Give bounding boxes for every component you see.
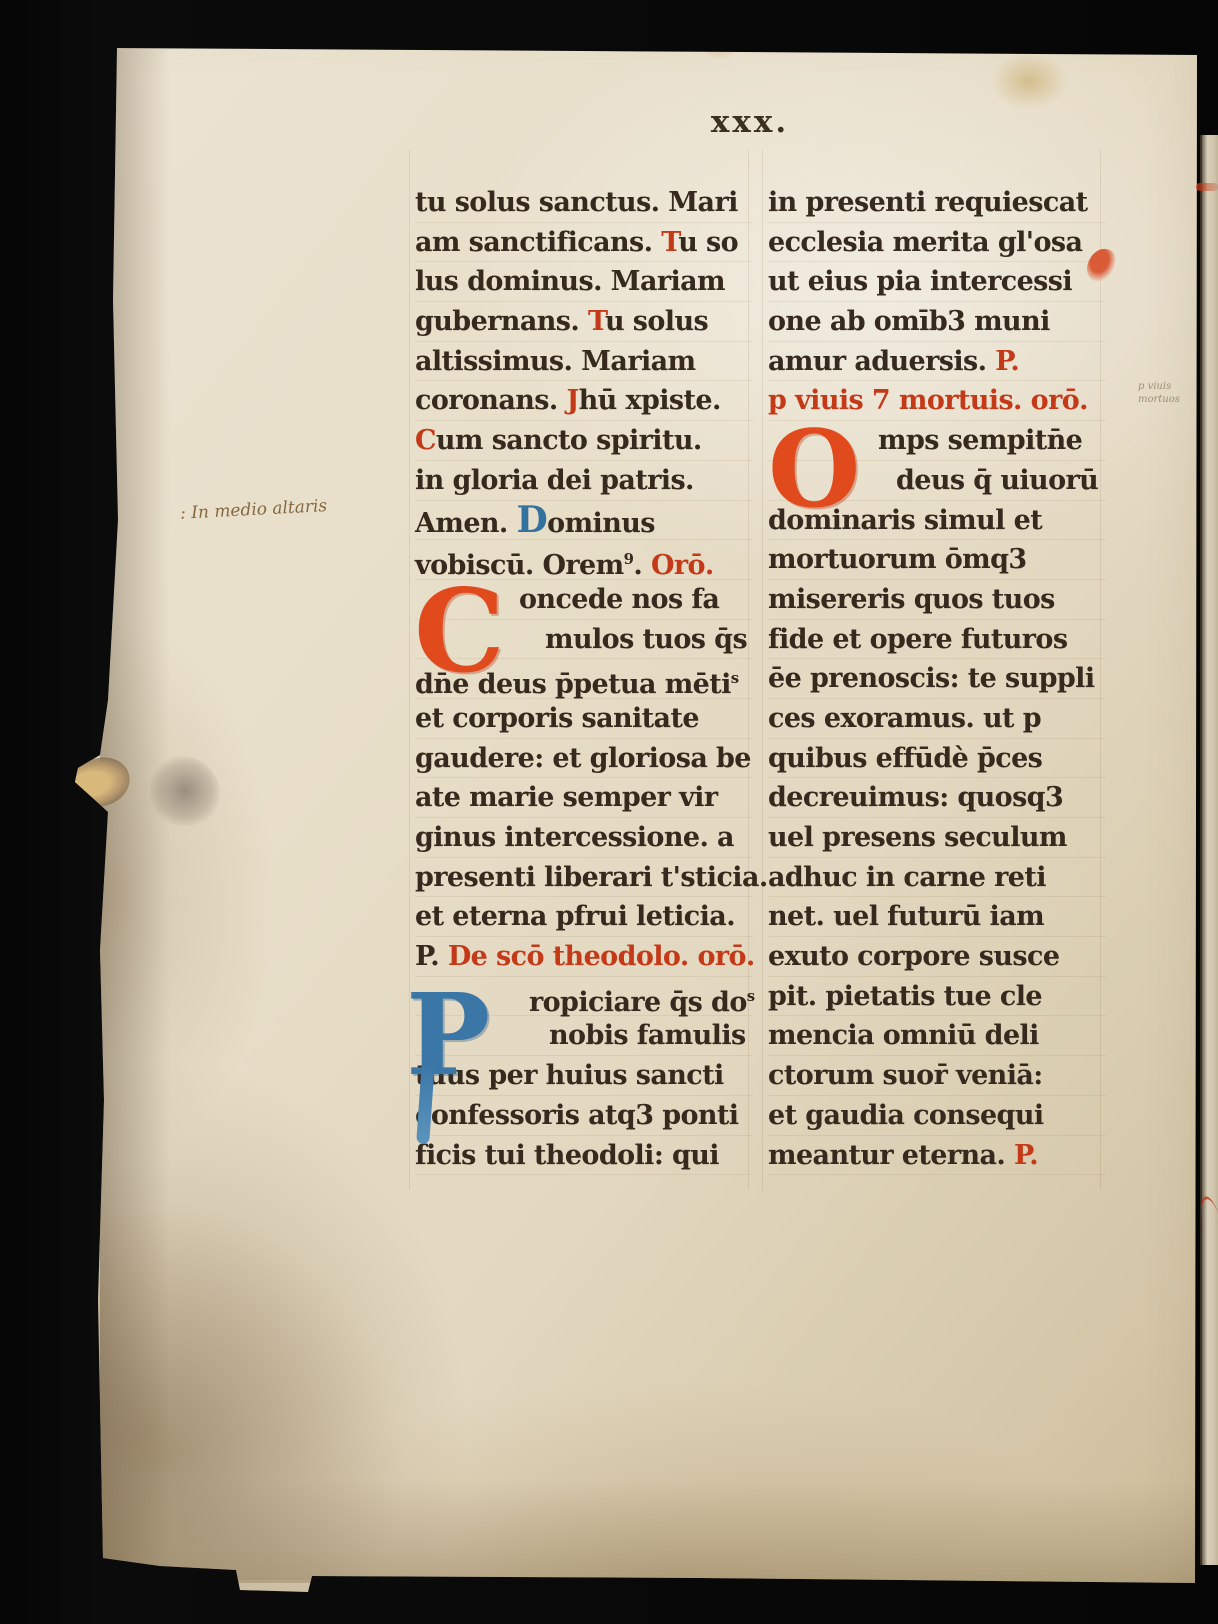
text-line: adhuc in carne reti xyxy=(768,858,1106,898)
text-line: ficis tui theodoli: qui xyxy=(415,1136,753,1176)
stain-yellow xyxy=(990,52,1068,110)
text-segment: decreuimus: quosq3 xyxy=(768,782,1063,813)
text-segment: T xyxy=(588,306,605,337)
text-line: misereris quos tuos xyxy=(768,580,1106,620)
text-segment: altissimus. Mariam xyxy=(415,346,695,377)
text-segment: s xyxy=(731,669,739,687)
text-line: Cum sancto spiritu. xyxy=(415,421,753,461)
text-line: ces exoramus. ut p xyxy=(768,699,1106,739)
text-segment: fide et opere futuros xyxy=(768,624,1067,655)
text-segment: in presenti requiescat xyxy=(768,187,1087,218)
text-line: mulos tuos q̄s xyxy=(415,620,753,660)
text-segment: misereris quos tuos xyxy=(768,584,1055,615)
text-segment: u so xyxy=(678,227,738,258)
text-segment: ropiciare q̄s do xyxy=(529,987,747,1018)
margin-note-right-line2: mortuos xyxy=(1138,393,1180,406)
text-line: confessoris atq3 ponti xyxy=(415,1096,753,1136)
text-segment: p viuis 7 mortuis. orō. xyxy=(768,385,1088,416)
text-line: oncede nos fa xyxy=(415,580,753,620)
text-line: et corporis sanitate xyxy=(415,699,753,739)
text-line: et gaudia consequi xyxy=(768,1096,1106,1136)
text-segment: meantur eterna. xyxy=(768,1140,1014,1171)
text-line: deus q̄ uiuorū xyxy=(768,461,1106,501)
text-line: tuus per huius sancti xyxy=(415,1056,753,1096)
text-segment: presenti liberari t'sticia. xyxy=(415,862,768,893)
text-segment: oncede nos fa xyxy=(519,584,719,615)
ruling-line-vertical xyxy=(762,150,763,1190)
frayed-patch xyxy=(150,756,220,826)
text-line: vobiscū. Orem9. Orō. xyxy=(415,540,753,580)
text-segment: am sanctificans. xyxy=(415,227,661,258)
text-segment: dominaris simul et xyxy=(768,505,1042,536)
text-segment: nobis famulis xyxy=(549,1020,746,1051)
margin-note-left: : In medio altaris xyxy=(180,492,401,523)
text-segment: vobiscū. Orem xyxy=(415,550,624,581)
text-segment: mps sempitn̄e xyxy=(878,425,1082,456)
text-line: gubernans. Tu solus xyxy=(415,302,753,342)
text-segment: tu solus sanctus. Mari xyxy=(415,187,738,218)
stain-foxing xyxy=(700,30,740,60)
text-line: ropiciare q̄s dos xyxy=(415,977,753,1017)
text-segment: exuto corpore susce xyxy=(768,941,1059,972)
text-line: ut eius pia intercessi xyxy=(768,262,1106,302)
fore-edge-sliver xyxy=(1200,135,1218,1565)
bottom-edge-shadow xyxy=(100,1480,1200,1583)
text-segment: mencia omniū deli xyxy=(768,1020,1039,1051)
text-segment: mortuorum ōmq3 xyxy=(768,544,1027,575)
text-line: mps sempitn̄e xyxy=(768,421,1106,461)
text-segment: um sancto spiritu. xyxy=(436,425,702,456)
text-segment: 9 xyxy=(624,550,634,568)
text-segment: T xyxy=(661,227,678,258)
sewing-tab xyxy=(68,752,135,811)
text-line: mortuorum ōmq3 xyxy=(768,540,1106,580)
text-line: lus dominus. Mariam xyxy=(415,262,753,302)
text-segment: C xyxy=(415,425,436,456)
text-line: pit. pietatis tue cle xyxy=(768,977,1106,1017)
text-line: one ab omīb3 muni xyxy=(768,302,1106,342)
right-text-column: in presenti requiescatecclesia merita gl… xyxy=(768,183,1106,1175)
text-segment: P. xyxy=(995,346,1019,377)
text-segment: tuus per huius sancti xyxy=(415,1060,724,1091)
text-line: nobis famulis xyxy=(415,1016,753,1056)
text-segment: uel presens seculum xyxy=(768,822,1067,853)
text-segment: one ab omīb3 muni xyxy=(768,306,1050,337)
text-segment: confessoris atq3 ponti xyxy=(415,1100,738,1131)
text-line: in gloria dei patris. xyxy=(415,461,753,501)
text-line: dominaris simul et xyxy=(768,501,1106,541)
margin-note-right-line1: p viuis xyxy=(1138,380,1180,393)
text-line: p viuis 7 mortuis. orō. xyxy=(768,381,1106,421)
text-line: gaudere: et gloriosa be xyxy=(415,739,753,779)
text-line: Amen. Dominus xyxy=(415,501,753,541)
text-segment: De scō theodolo. orō. xyxy=(448,941,755,972)
text-segment: gaudere: et gloriosa be xyxy=(415,743,751,774)
text-segment: pit. pietatis tue cle xyxy=(768,981,1042,1012)
text-segment: ēe prenoscis: te suppli xyxy=(768,663,1095,694)
red-edge-streak xyxy=(1196,183,1218,191)
text-line: uel presens seculum xyxy=(768,818,1106,858)
text-segment: ominus xyxy=(547,508,655,539)
text-segment: P. xyxy=(415,941,448,972)
text-segment: hū xpiste. xyxy=(579,385,721,416)
text-segment: ecclesia merita gl'osa xyxy=(768,227,1082,258)
text-segment: Orō. xyxy=(651,550,714,581)
text-segment: u solus xyxy=(605,306,708,337)
left-text-column: tu solus sanctus. Mariam sanctificans. T… xyxy=(415,183,753,1175)
text-line: quibus effūdè p̄ces xyxy=(768,739,1106,779)
text-line: P. De scō theodolo. orō. xyxy=(415,937,753,977)
text-segment: ces exoramus. ut p xyxy=(768,703,1041,734)
text-line: amur aduersis. P. xyxy=(768,342,1106,382)
text-line: fide et opere futuros xyxy=(768,620,1106,660)
text-line: dn̄e deus p̄petua mētis xyxy=(415,659,753,699)
text-line: et eterna pfrui leticia. xyxy=(415,897,753,937)
text-line: ecclesia merita gl'osa xyxy=(768,223,1106,263)
manuscript-page: xxx. tu solus sanctus. Mariam sanctifica… xyxy=(0,0,1218,1624)
text-segment: s xyxy=(747,987,755,1005)
text-segment: quibus effūdè p̄ces xyxy=(768,743,1042,774)
margin-note-right: p viuis mortuos xyxy=(1138,380,1180,406)
text-segment: ctorum suor̄ veniā: xyxy=(768,1060,1043,1091)
folio-number: xxx. xyxy=(640,104,860,140)
text-segment: dn̄e deus p̄petua mēti xyxy=(415,669,731,700)
text-segment: ginus intercessione. a xyxy=(415,822,734,853)
text-line: am sanctificans. Tu so xyxy=(415,223,753,263)
text-segment: amur aduersis. xyxy=(768,346,995,377)
photo-frame: xxx. tu solus sanctus. Mariam sanctifica… xyxy=(0,0,1218,1624)
text-line: exuto corpore susce xyxy=(768,937,1106,977)
bottom-left-grime xyxy=(95,1180,425,1580)
text-segment: net. uel futurū iam xyxy=(768,901,1044,932)
text-segment: mulos tuos q̄s xyxy=(545,624,747,655)
text-line: ctorum suor̄ veniā: xyxy=(768,1056,1106,1096)
text-line: meantur eterna. P. xyxy=(768,1136,1106,1176)
text-line: altissimus. Mariam xyxy=(415,342,753,382)
text-segment: P. xyxy=(1014,1140,1038,1171)
text-segment: gubernans. xyxy=(415,306,588,337)
text-line: mencia omniū deli xyxy=(768,1016,1106,1056)
text-line: ēe prenoscis: te suppli xyxy=(768,659,1106,699)
text-segment: ficis tui theodoli: qui xyxy=(415,1140,719,1171)
text-line: coronans. Jhū xpiste. xyxy=(415,381,753,421)
text-segment: J xyxy=(566,385,578,416)
text-line: tu solus sanctus. Mari xyxy=(415,183,753,223)
text-segment: deus q̄ uiuorū xyxy=(896,465,1098,496)
text-segment: D xyxy=(517,499,548,541)
text-segment: ut eius pia intercessi xyxy=(768,266,1072,297)
text-segment: ate marie semper vir xyxy=(415,782,717,813)
text-line: presenti liberari t'sticia. xyxy=(415,858,753,898)
text-segment: et corporis sanitate xyxy=(415,703,699,734)
text-line: ginus intercessione. a xyxy=(415,818,753,858)
text-line: ate marie semper vir xyxy=(415,778,753,818)
text-segment: . xyxy=(633,550,651,581)
text-segment: lus dominus. Mariam xyxy=(415,266,725,297)
text-segment: adhuc in carne reti xyxy=(768,862,1046,893)
ruling-line-vertical xyxy=(409,150,410,1190)
text-segment: et eterna pfrui leticia. xyxy=(415,901,735,932)
text-segment: et gaudia consequi xyxy=(768,1100,1044,1131)
text-line: decreuimus: quosq3 xyxy=(768,778,1106,818)
text-line: in presenti requiescat xyxy=(768,183,1106,223)
text-segment: Amen. xyxy=(415,508,517,539)
text-segment: in gloria dei patris. xyxy=(415,465,694,496)
text-line: net. uel futurū iam xyxy=(768,897,1106,937)
text-segment: coronans. xyxy=(415,385,566,416)
